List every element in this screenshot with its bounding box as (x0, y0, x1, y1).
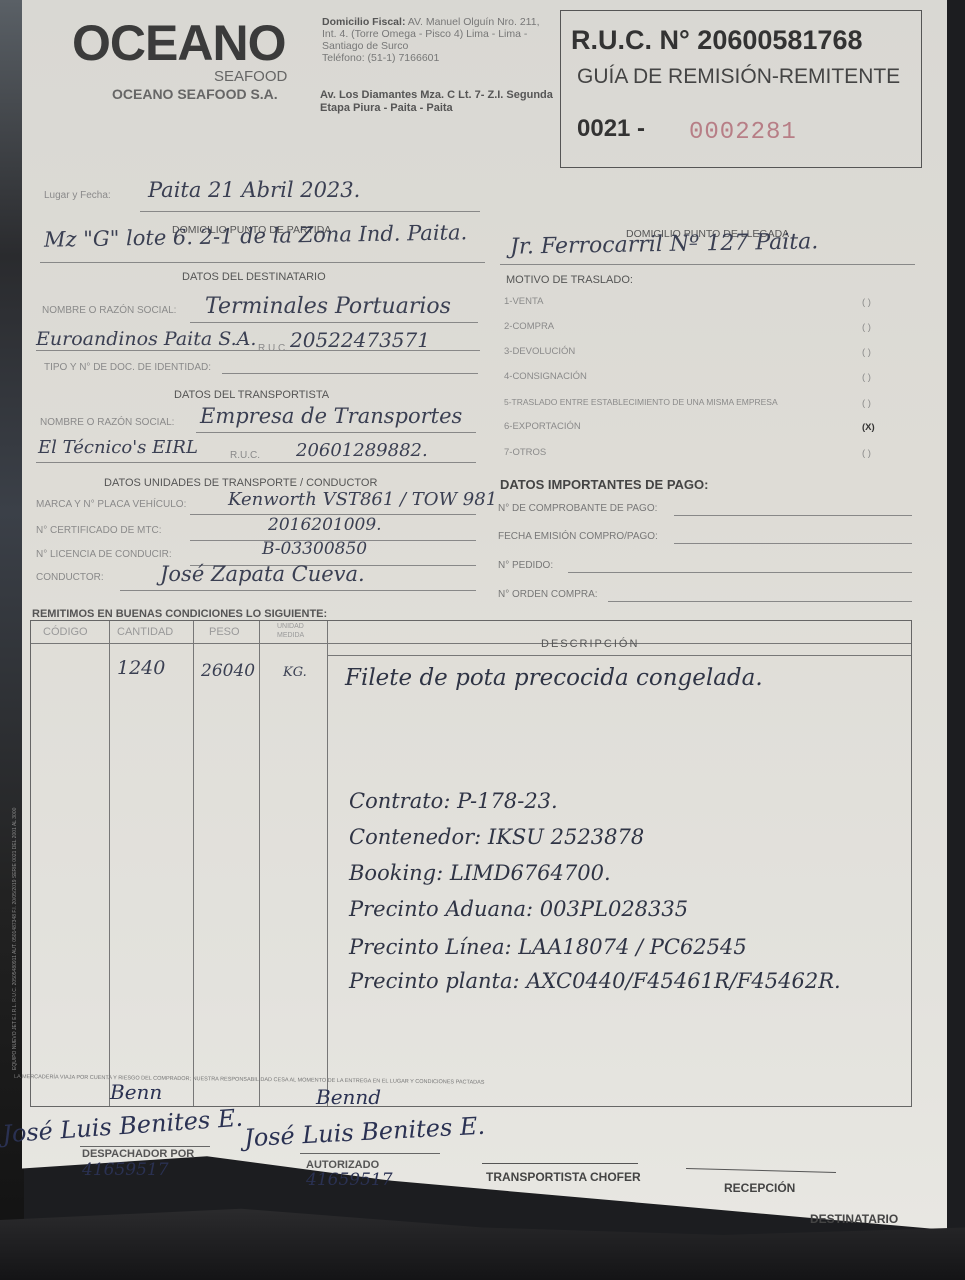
pago-field-input[interactable] (608, 601, 912, 602)
pago-field-input[interactable] (674, 543, 912, 544)
item-cantidad: 1240 (117, 657, 165, 679)
item-unidad: KG. (283, 665, 307, 680)
pago-field-label: N° PEDIDO: (498, 560, 553, 571)
printer-side-note: EQUIPO NUEVO JET E.I.R.L. R.U.C. 2050548… (12, 630, 18, 1070)
unidad-title: DATOS UNIDADES DE TRANSPORTE / CONDUCTOR (104, 477, 377, 489)
destinatario-doc-label: TIPO Y N° DE DOC. DE IDENTIDAD: (44, 362, 211, 373)
pago-field-input[interactable] (674, 515, 912, 516)
placa-label: MARCA Y N° PLACA VEHÍCULO: (36, 499, 186, 510)
destinatario-ruc-value: 20522473571 (290, 328, 430, 352)
motivo-checkbox[interactable]: ( ) (862, 448, 871, 459)
col-unidad-1: UNIDAD (277, 623, 304, 630)
mtc-value: 2016201009. (268, 515, 382, 535)
motivo-checkbox[interactable]: ( ) (862, 322, 871, 333)
company-phone: Teléfono: (51-1) 7166601 (322, 52, 439, 64)
item-note: Contenedor: IKSU 2523878 (349, 825, 644, 849)
pago-field-label: N° ORDEN COMPRA: (498, 589, 598, 600)
transportista-ruc-value: 20601289882. (296, 440, 428, 461)
motivo-checkbox[interactable]: (X) (862, 422, 875, 433)
despachador-dni: 41659517 (82, 1160, 169, 1180)
items-title: REMITIMOS EN BUENAS CONDICIONES LO SIGUI… (32, 608, 327, 620)
motivo-checkbox[interactable]: ( ) (862, 372, 871, 383)
pago-title: DATOS IMPORTANTES DE PAGO: (500, 477, 709, 492)
motivo-checkbox[interactable]: ( ) (862, 398, 871, 409)
fiscal-address: Domicilio Fiscal: AV. Manuel Olguín Nro.… (322, 16, 554, 64)
item-note: Booking: LIMD6764700. (349, 861, 611, 885)
motivo-option-label: 5-TRASLADO ENTRE ESTABLECIMIENTO DE UNA … (504, 397, 778, 407)
col-peso: PESO (209, 626, 240, 638)
motivo-option-label: 4-CONSIGNACIÓN (504, 371, 587, 382)
despachador-label: DESPACHADOR POR (82, 1148, 194, 1160)
item-note: Precinto planta: AXC0440/F45461R/F45462R… (349, 969, 841, 993)
document-type: GUÍA DE REMISIÓN-REMITENTE (577, 65, 900, 89)
despachador-initials: Benn (110, 1080, 162, 1104)
col-cantidad: CANTIDAD (117, 626, 173, 638)
item-note: Precinto Aduana: 003PL028335 (349, 897, 688, 921)
destinatario-doc-field (222, 373, 478, 374)
company-name: OCEANO SEAFOOD S.A. (112, 86, 278, 102)
pago-field-label: FECHA EMISIÓN COMPRO/PAGO: (498, 531, 658, 542)
motivo-option-label: 2-COMPRA (504, 321, 554, 332)
motivo-option-label: 6-EXPORTACIÓN (504, 421, 581, 432)
recepcion-label: RECEPCIÓN (724, 1181, 795, 1195)
pago-field-label: N° DE COMPROBANTE DE PAGO: (498, 503, 657, 514)
col-unidad-2: MEDIDA (277, 632, 304, 639)
motivo-checkbox[interactable]: ( ) (862, 297, 871, 308)
item-peso: 26040 (201, 661, 255, 681)
chofer-label: TRANSPORTISTA CHOFER (486, 1170, 641, 1184)
company-logo: OCEANO (72, 14, 285, 72)
ruc-box: R.U.C. N° 20600581768 GUÍA DE REMISIÓN-R… (560, 10, 922, 168)
document-serie: 0021 - (577, 115, 645, 143)
motivo-title: MOTIVO DE TRASLADO: (506, 274, 633, 286)
branch-address: Av. Los Diamantes Mza. C Lt. 7- Z.I. Seg… (320, 89, 560, 115)
conductor-label: CONDUCTOR: (36, 572, 104, 583)
motivo-option-label: 1-VENTA (504, 296, 543, 307)
lugar-fecha-value: Paita 21 Abril 2023. (148, 178, 360, 202)
licencia-label: N° LICENCIA DE CONDUCIR: (36, 549, 172, 560)
item-note: Contrato: P-178-23. (349, 789, 558, 813)
motivo-checkbox[interactable]: ( ) (862, 347, 871, 358)
licencia-value: B-03300850 (262, 539, 367, 559)
fiscal-label: Domicilio Fiscal: (322, 16, 405, 28)
motivo-option-label: 7-OTROS (504, 447, 546, 458)
destinatario-nombre-2: Euroandinos Paita S.A. (36, 328, 256, 350)
pago-field-input[interactable] (568, 572, 912, 573)
item-descripcion: Filete de pota precocida congelada. (345, 665, 763, 691)
item-note: Precinto Línea: LAA18074 / PC62545 (349, 935, 747, 959)
transportista-nombre-label: NOMBRE O RAZÓN SOCIAL: (40, 417, 174, 428)
items-table: CÓDIGO CANTIDAD PESO UNIDAD MEDIDA DESCR… (30, 620, 912, 1107)
document-number: 0002281 (689, 119, 797, 146)
mtc-label: N° CERTIFICADO DE MTC: (36, 525, 161, 536)
destinatario-label: DESTINATARIO (810, 1212, 898, 1226)
autorizado-dni: 41659517 (306, 1170, 393, 1190)
ruc-number: R.U.C. N° 20600581768 (571, 25, 862, 56)
destinatario-nombre-label: NOMBRE O RAZÓN SOCIAL: (42, 305, 176, 316)
col-codigo: CÓDIGO (43, 626, 88, 638)
motivo-option-label: 3-DEVOLUCIÓN (504, 346, 575, 357)
transportista-nombre-2: El Técnico's EIRL (38, 437, 198, 458)
transportista-nombre-1: Empresa de Transportes (200, 404, 462, 428)
placa-value: Kenworth VST861 / TOW 981 (228, 489, 497, 510)
transportista-title: DATOS DEL TRANSPORTISTA (174, 389, 329, 401)
lugar-fecha-label: Lugar y Fecha: (44, 190, 111, 201)
autorizado-initials: Bennd (316, 1085, 381, 1109)
transportista-ruc-label: R.U.C. (230, 450, 260, 461)
company-logo-sub: SEAFOOD (214, 68, 287, 85)
destinatario-nombre-1: Terminales Portuarios (205, 294, 451, 319)
destinatario-ruc-label: R.U.C. (258, 343, 288, 354)
col-descripcion: DESCRIPCIÓN (541, 638, 639, 650)
destinatario-title: DATOS DEL DESTINATARIO (182, 271, 326, 283)
conductor-value: José Zapata Cueva. (160, 562, 365, 586)
